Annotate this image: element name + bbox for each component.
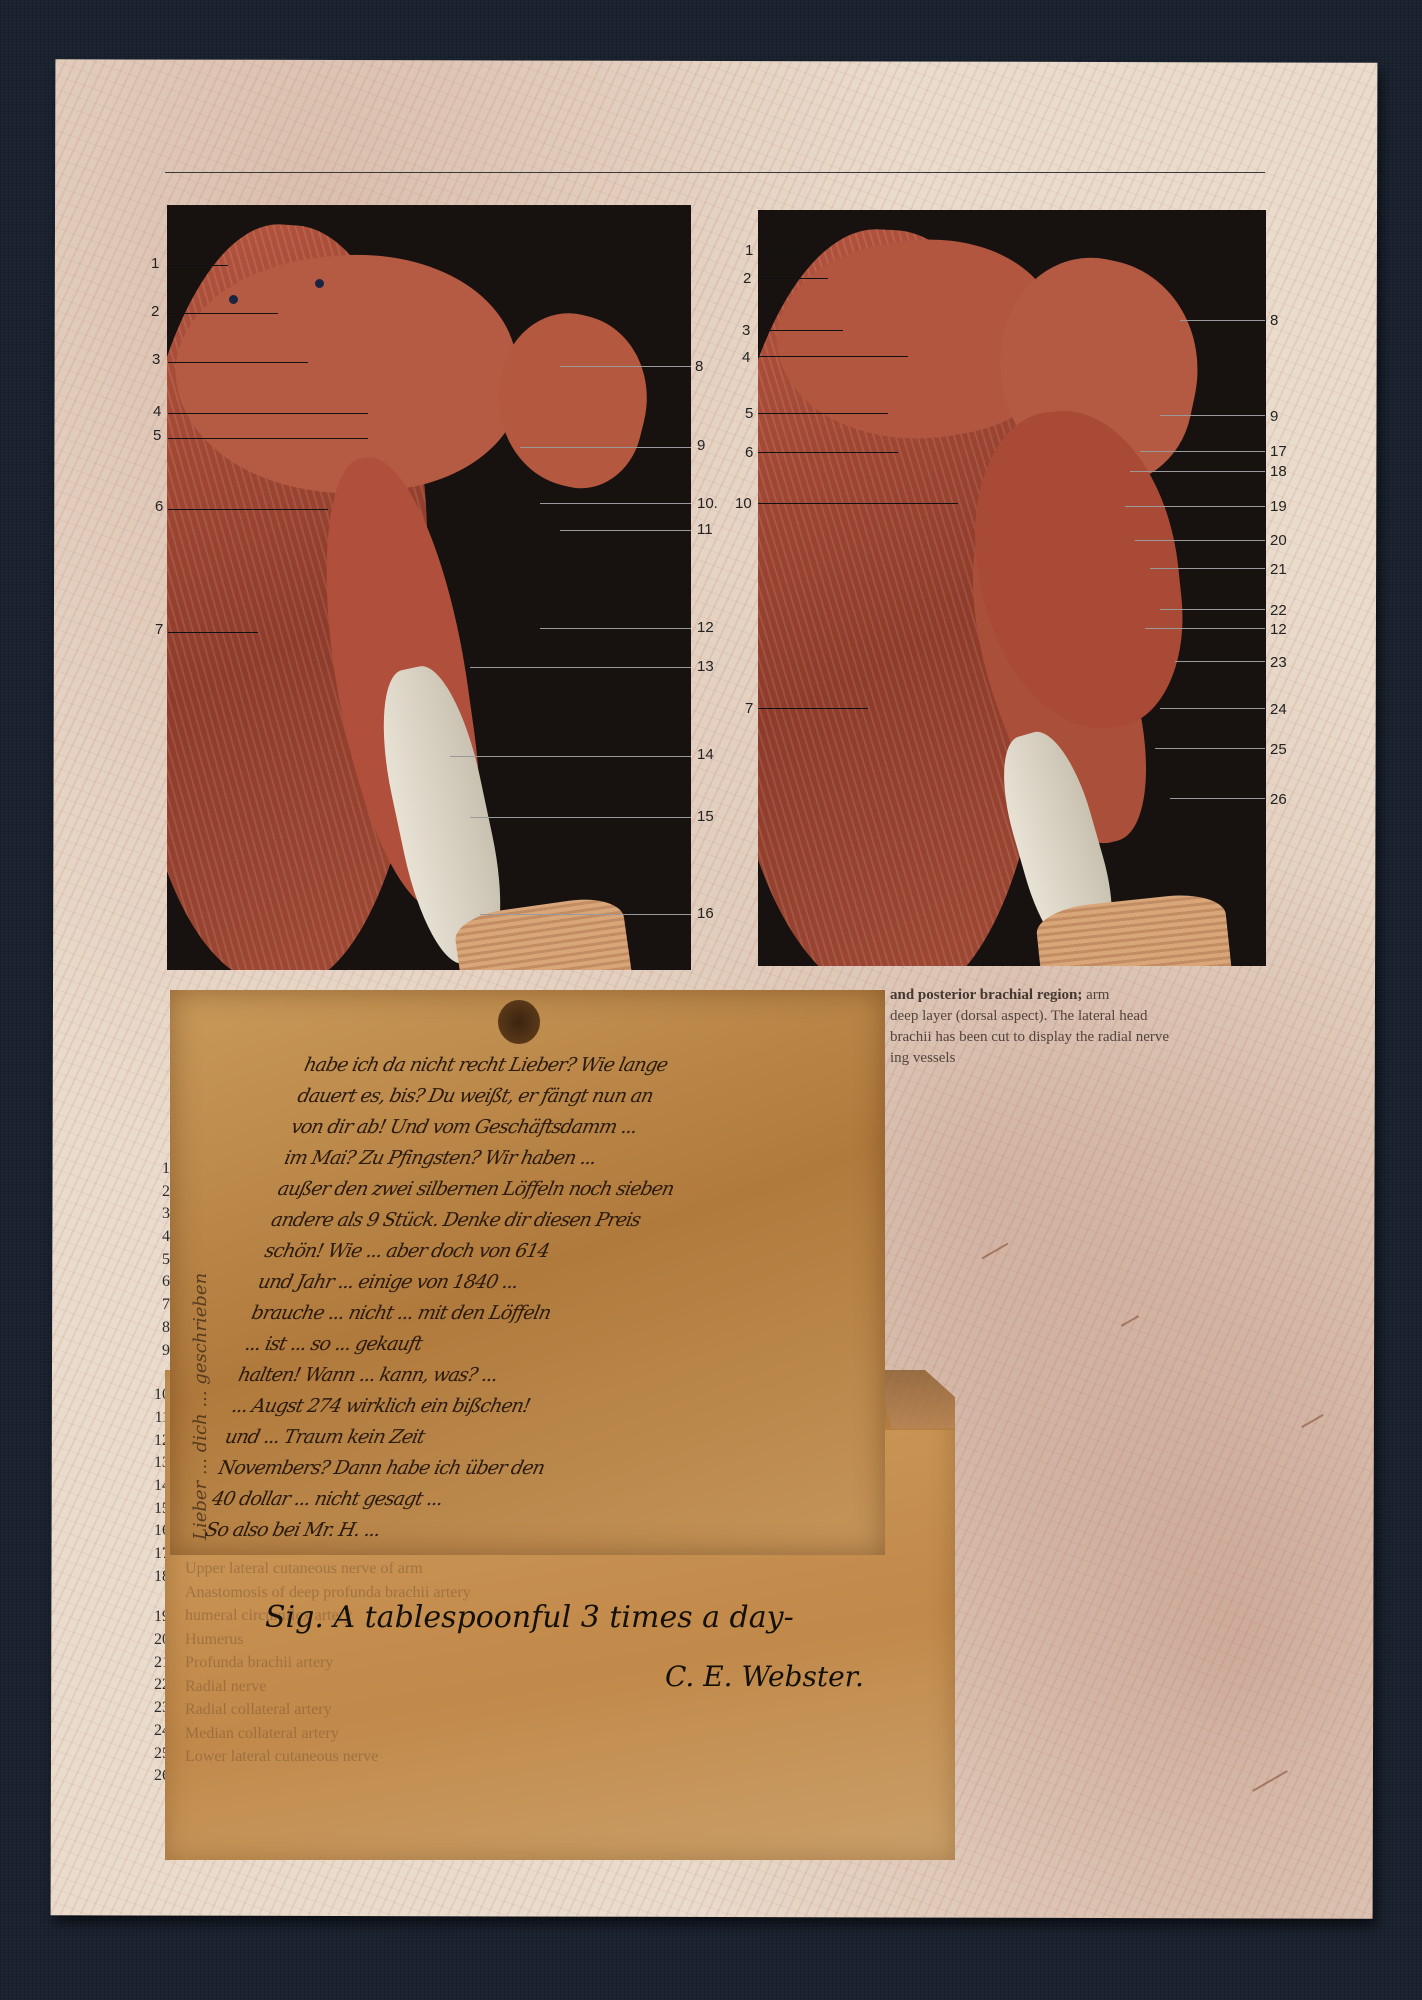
label-10: 10. bbox=[697, 495, 718, 512]
label-9: 9 bbox=[1270, 408, 1278, 425]
label-18: 18 bbox=[1270, 463, 1287, 480]
label-21: 21 bbox=[1270, 561, 1287, 578]
label-4: 4 bbox=[153, 403, 161, 420]
label-11: 11 bbox=[697, 521, 713, 538]
label-2: 2 bbox=[151, 303, 159, 320]
ink-stain bbox=[498, 1000, 540, 1044]
label-13: 13 bbox=[697, 658, 714, 675]
caption-line3: brachii has been cut to display the radi… bbox=[890, 1027, 1270, 1048]
caption-bold: and posterior brachial region; bbox=[890, 987, 1082, 1003]
label-12: 12 bbox=[697, 619, 714, 636]
label-4: 4 bbox=[742, 349, 750, 366]
prescription-signature: C. E. Webster. bbox=[665, 1660, 864, 1693]
label-3: 3 bbox=[152, 351, 160, 368]
prescription-instruction: Sig. A tablespoonful 3 times a day- bbox=[265, 1600, 794, 1635]
label-1: 1 bbox=[745, 242, 753, 259]
label-26: 26 bbox=[1270, 791, 1287, 808]
label-23: 23 bbox=[1270, 654, 1287, 671]
label-17: 17 bbox=[1270, 443, 1287, 460]
letter-text: habe ich da nicht recht Lieber? Wie lang… bbox=[202, 1050, 907, 1546]
anatomical-plate-left bbox=[167, 205, 691, 970]
label-20: 20 bbox=[1270, 532, 1287, 549]
plate-caption: and posterior brachial region; arm deep … bbox=[890, 985, 1270, 1069]
label-1: 1 bbox=[151, 255, 159, 272]
label-2: 2 bbox=[743, 270, 751, 287]
label-7: 7 bbox=[155, 621, 163, 638]
label-16: 16 bbox=[697, 905, 714, 922]
anatomical-plate-right bbox=[758, 210, 1266, 966]
label-10: 10 bbox=[735, 495, 752, 512]
caption-line4: ing vessels bbox=[890, 1048, 1270, 1069]
label-5: 5 bbox=[745, 405, 753, 422]
label-3: 3 bbox=[742, 322, 750, 339]
label-6: 6 bbox=[745, 444, 753, 461]
caption-line1: arm bbox=[1082, 987, 1109, 1003]
label-19: 19 bbox=[1270, 498, 1287, 515]
header-rule bbox=[165, 172, 1265, 173]
label-6: 6 bbox=[155, 498, 163, 515]
label-9: 9 bbox=[697, 437, 705, 454]
label-8: 8 bbox=[695, 358, 703, 375]
label-12: 12 bbox=[1270, 621, 1287, 638]
caption-line2: deep layer (dorsal aspect). The lateral … bbox=[890, 1006, 1270, 1027]
label-15: 15 bbox=[697, 808, 714, 825]
label-22: 22 bbox=[1270, 602, 1287, 619]
label-24: 24 bbox=[1270, 701, 1287, 718]
label-25: 25 bbox=[1270, 741, 1287, 758]
faded-label-list: Upper lateral cutaneous nerve of arm Ana… bbox=[185, 1557, 685, 1769]
label-5: 5 bbox=[153, 427, 161, 444]
label-7: 7 bbox=[745, 700, 753, 717]
handwritten-letter: Lieber ... dich ... geschrieben habe ich… bbox=[170, 990, 885, 1555]
label-14: 14 bbox=[697, 746, 714, 763]
label-8: 8 bbox=[1270, 312, 1278, 329]
